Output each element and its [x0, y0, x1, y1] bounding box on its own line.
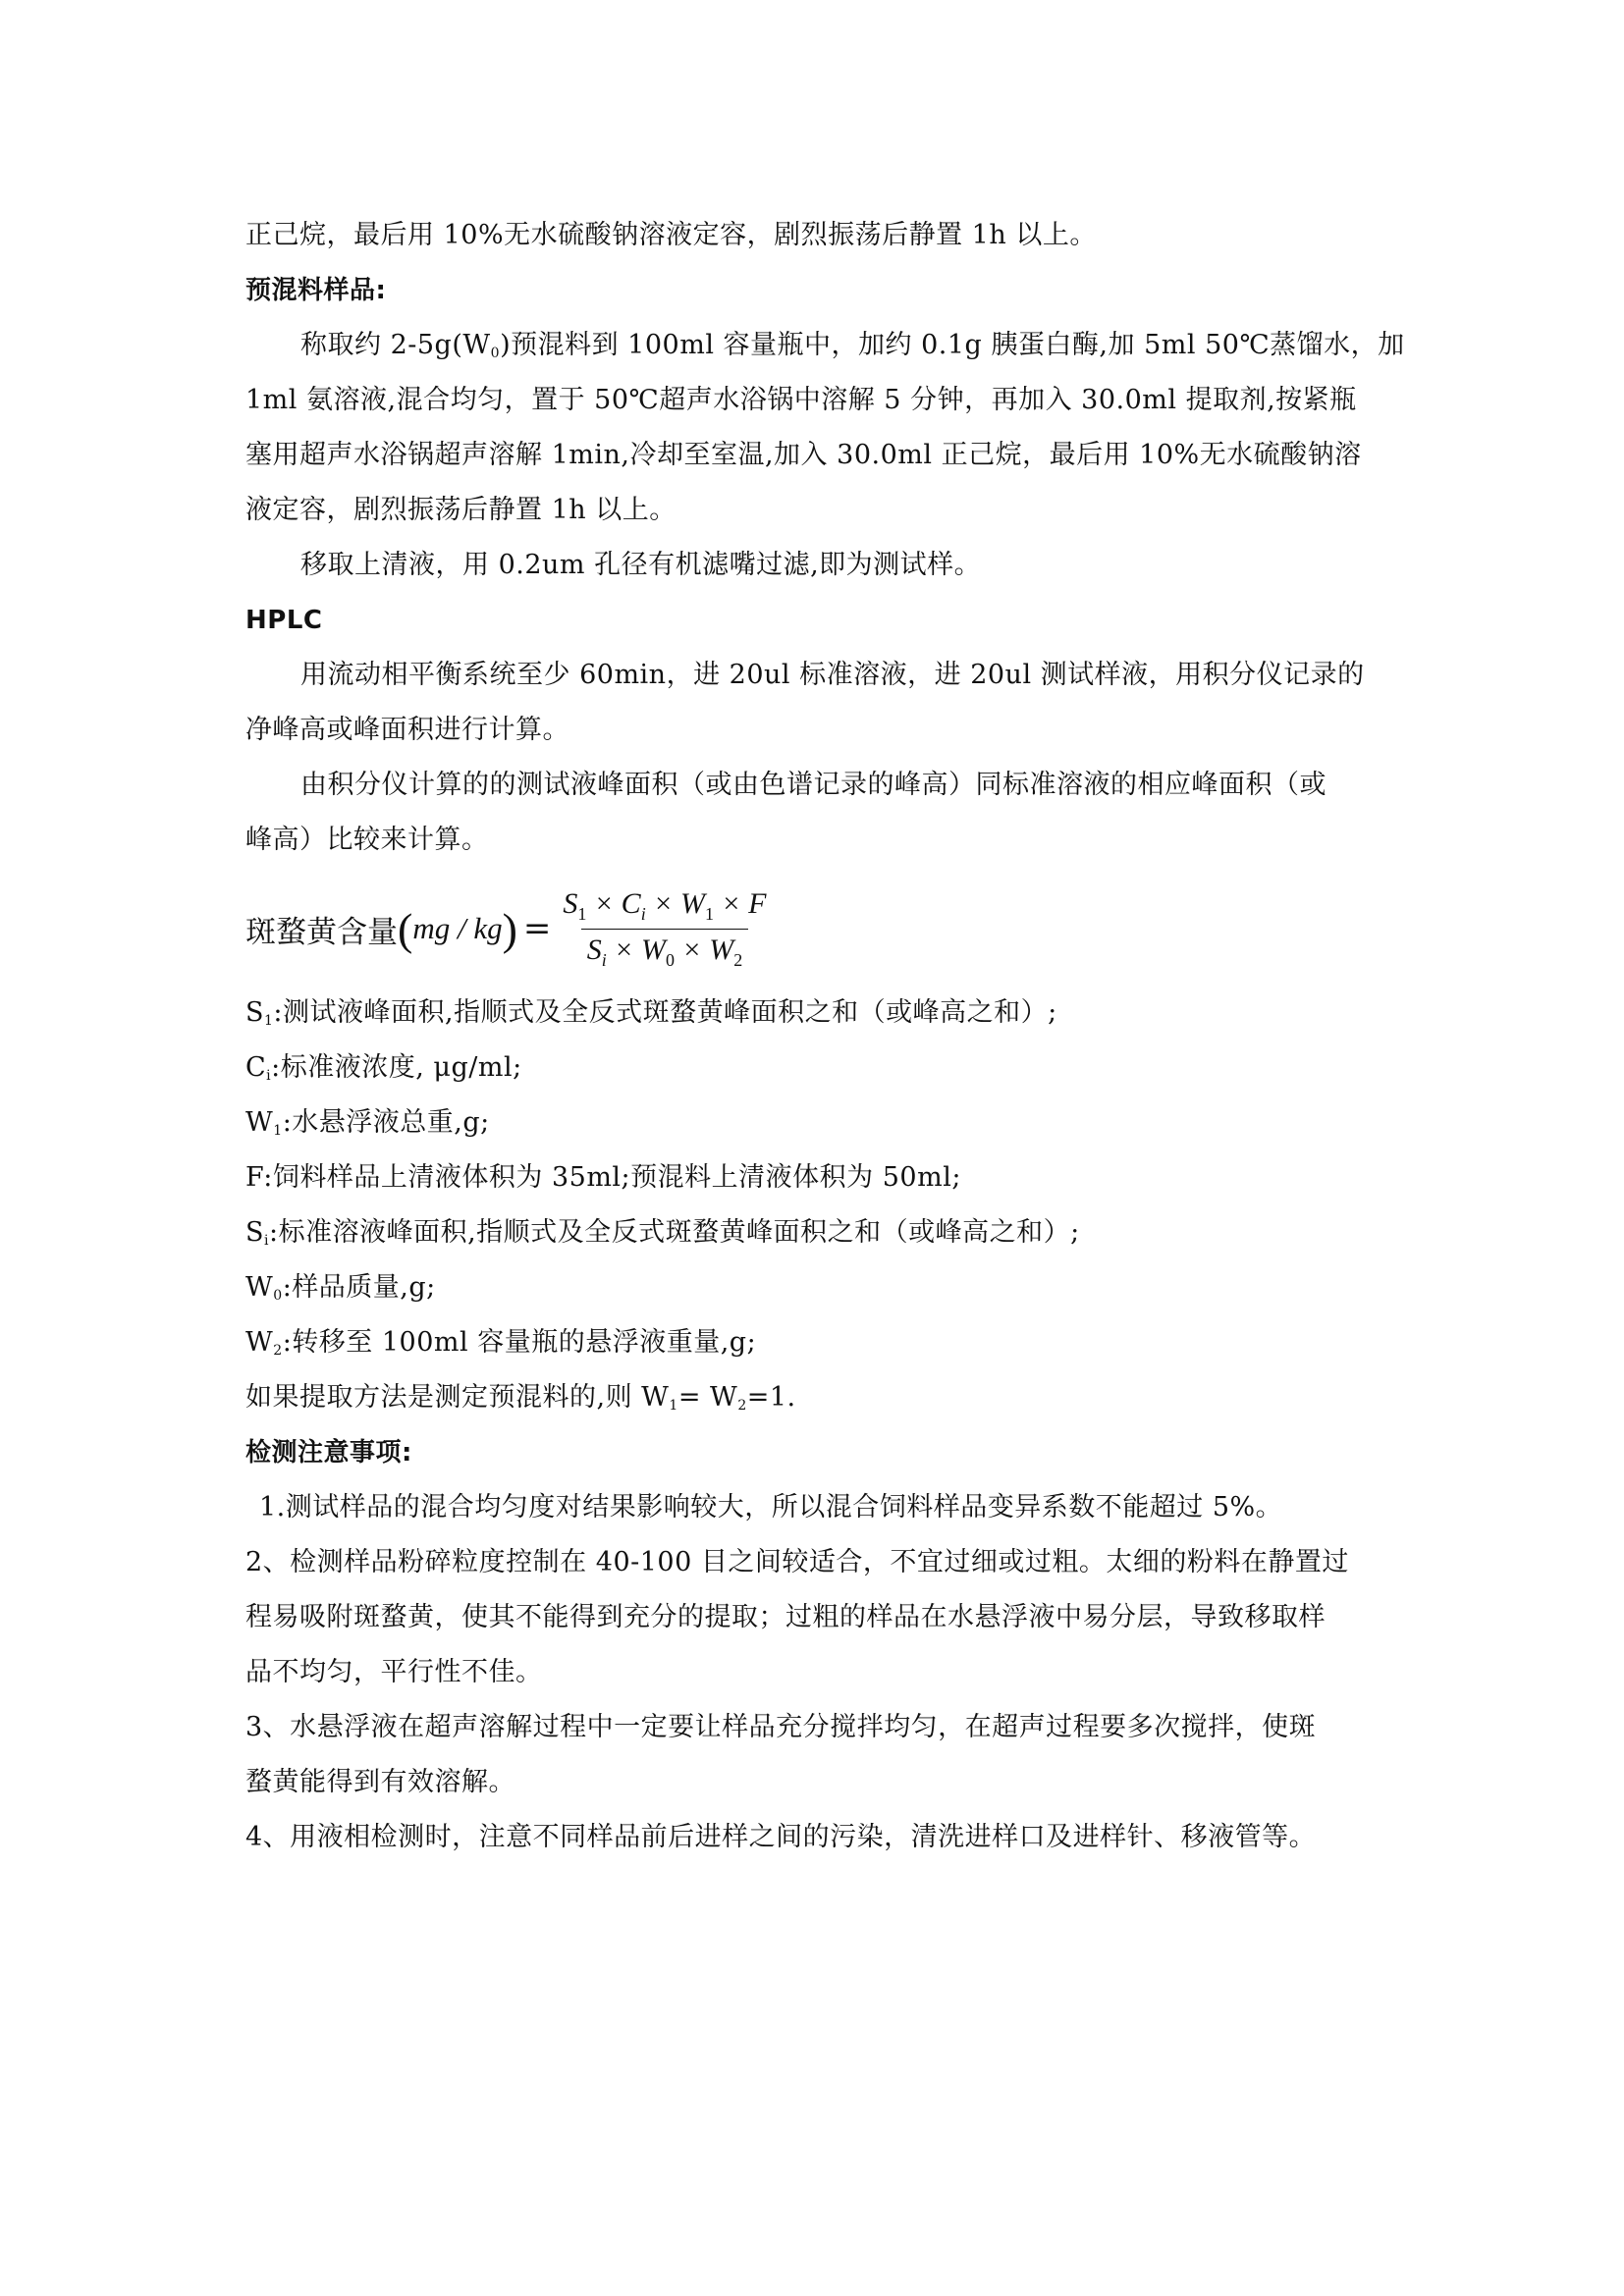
- term: S: [563, 887, 577, 920]
- definition-line: W1:水悬浮液总重,g;: [245, 1095, 1384, 1150]
- note-item-2: 2、检测样品粉碎粒度控制在 40-100 目之间较适合，不宜过细或过粗。太细的粉…: [245, 1535, 1384, 1590]
- note-item-3-cont: 蝥黄能得到有效溶解。: [245, 1755, 1384, 1810]
- symbol: W: [245, 1272, 273, 1303]
- definition-line: F:饲料样品上清液体积为 35ml;预混料上清液体积为 50ml;: [245, 1150, 1384, 1205]
- subscript: 2: [737, 1398, 746, 1414]
- fraction: S1 × Ci × W1 × F Si × W0 × W2: [557, 887, 772, 971]
- paragraph-line: 称取约 2-5g(W0)预混料到 100ml 容量瓶中，加约 0.1g 胰蛋白酶…: [245, 318, 1384, 373]
- paren-close: ): [503, 903, 517, 955]
- note-item-4: 4、用液相检测时，注意不同样品前后进样之间的污染，清洗进样口及进样针、移液管等。: [245, 1810, 1384, 1865]
- formula-label: 斑蝥黄含量: [245, 907, 398, 951]
- definition-text: :标准液浓度, μg/ml;: [271, 1052, 522, 1083]
- text-span: =1.: [747, 1382, 796, 1413]
- note-item-1: 1.测试样品的混合均匀度对结果影响较大，所以混合饲料样品变异系数不能超过 5%。: [245, 1480, 1384, 1535]
- section-heading-premix: 预混料样品:: [245, 263, 1384, 318]
- term: S: [587, 934, 602, 966]
- symbol: W: [245, 1327, 273, 1358]
- note-item-3: 3、水悬浮液在超声溶解过程中一定要让样品充分搅拌均匀，在超声过程要多次搅拌，使斑: [245, 1700, 1384, 1755]
- note-item-2-cont: 品不均匀，平行性不佳。: [245, 1645, 1384, 1700]
- definition-text: :转移至 100ml 容量瓶的悬浮液重量,g;: [283, 1327, 757, 1358]
- section-heading-notes: 检测注意事项:: [245, 1425, 1384, 1480]
- subscript: 1: [273, 1123, 282, 1139]
- subscript: 1: [669, 1398, 677, 1414]
- definition-line: W2:转移至 100ml 容量瓶的悬浮液重量,g;: [245, 1315, 1384, 1370]
- paragraph-line: 由积分仪计算的的测试液峰面积（或由色谱记录的峰高）同标准溶液的相应峰面积（或: [245, 758, 1384, 813]
- content-formula: 斑蝥黄含量 ( mg / kg ) = S1 × Ci × W1 × F Si …: [245, 880, 1384, 978]
- subscript: 2: [273, 1343, 282, 1359]
- symbol: S: [245, 997, 264, 1028]
- definition-text: :测试液峰面积,指顺式及全反式斑蝥黄峰面积之和（或峰高之和）;: [273, 997, 1056, 1028]
- text-span: 如果提取方法是测定预混料的,则 W: [245, 1382, 669, 1413]
- paragraph-line: 液定容，剧烈振荡后静置 1h 以上。: [245, 483, 1384, 538]
- premix-note: 如果提取方法是测定预混料的,则 W1= W2=1.: [245, 1370, 1384, 1425]
- paragraph-line: 净峰高或峰面积进行计算。: [245, 703, 1384, 758]
- text-span: = W: [678, 1382, 737, 1413]
- symbol: C: [245, 1052, 266, 1083]
- term: × W: [607, 934, 666, 966]
- subscript: 0: [666, 950, 675, 970]
- denominator: Si × W0 × W2: [581, 929, 748, 971]
- definition-line: S1:测试液峰面积,指顺式及全反式斑蝥黄峰面积之和（或峰高之和）;: [245, 986, 1384, 1041]
- formula-unit: mg / kg: [412, 911, 502, 946]
- definition-text: :水悬浮液总重,g;: [283, 1107, 490, 1138]
- paragraph-line: 移取上清液，用 0.2um 孔径有机滤嘴过滤,即为测试样。: [245, 538, 1384, 593]
- definition-line: Si:标准溶液峰面积,指顺式及全反式斑蝥黄峰面积之和（或峰高之和）;: [245, 1205, 1384, 1260]
- paragraph-line: 峰高）比较来计算。: [245, 813, 1384, 868]
- definition-line: W0:样品质量,g;: [245, 1260, 1384, 1315]
- symbol: S: [245, 1217, 264, 1248]
- subscript: 0: [491, 346, 500, 361]
- paren-open: (: [398, 903, 412, 955]
- subscript: 2: [733, 950, 742, 970]
- paragraph-line: 正己烷，最后用 10%无水硫酸钠溶液定容，剧烈振荡后静置 1h 以上。: [245, 208, 1384, 263]
- definition-text: :饲料样品上清液体积为 35ml;预混料上清液体积为 50ml;: [263, 1162, 961, 1193]
- term: × W: [646, 887, 705, 920]
- term: × W: [675, 934, 733, 966]
- text-span: )预混料到 100ml 容量瓶中，加约 0.1g 胰蛋白酶,加 5ml 50℃蒸…: [500, 330, 1405, 360]
- subscript: 0: [273, 1288, 282, 1304]
- symbol: W: [245, 1107, 273, 1138]
- paragraph-line: 塞用超声水浴锅超声溶解 1min,冷却至室温,加入 30.0ml 正己烷，最后用…: [245, 428, 1384, 483]
- symbol: F: [245, 1162, 263, 1193]
- term: × C: [586, 887, 640, 920]
- paragraph-line: 用流动相平衡系统至少 60min，进 20ul 标准溶液，进 20ul 测试样液…: [245, 648, 1384, 703]
- paragraph-line: 1ml 氨溶液,混合均匀，置于 50℃超声水浴锅中溶解 5 分钟，再加入 30.…: [245, 373, 1384, 428]
- subscript: 1: [705, 904, 714, 924]
- definition-text: :标准溶液峰面积,指顺式及全反式斑蝥黄峰面积之和（或峰高之和）;: [269, 1217, 1080, 1248]
- note-item-2-cont: 程易吸附斑蝥黄，使其不能得到充分的提取；过粗的样品在水悬浮液中易分层，导致移取样: [245, 1590, 1384, 1645]
- section-heading-hplc: HPLC: [245, 593, 1384, 648]
- term: × F: [714, 887, 767, 920]
- equals-sign: =: [523, 909, 552, 948]
- text-span: 称取约 2-5g(W: [300, 330, 491, 360]
- definition-text: :样品质量,g;: [283, 1272, 436, 1303]
- definition-line: Ci:标准液浓度, μg/ml;: [245, 1041, 1384, 1095]
- subscript: 1: [264, 1013, 273, 1029]
- document-page: 正己烷，最后用 10%无水硫酸钠溶液定容，剧烈振荡后静置 1h 以上。 预混料样…: [245, 208, 1384, 1865]
- numerator: S1 × Ci × W1 × F: [557, 887, 772, 929]
